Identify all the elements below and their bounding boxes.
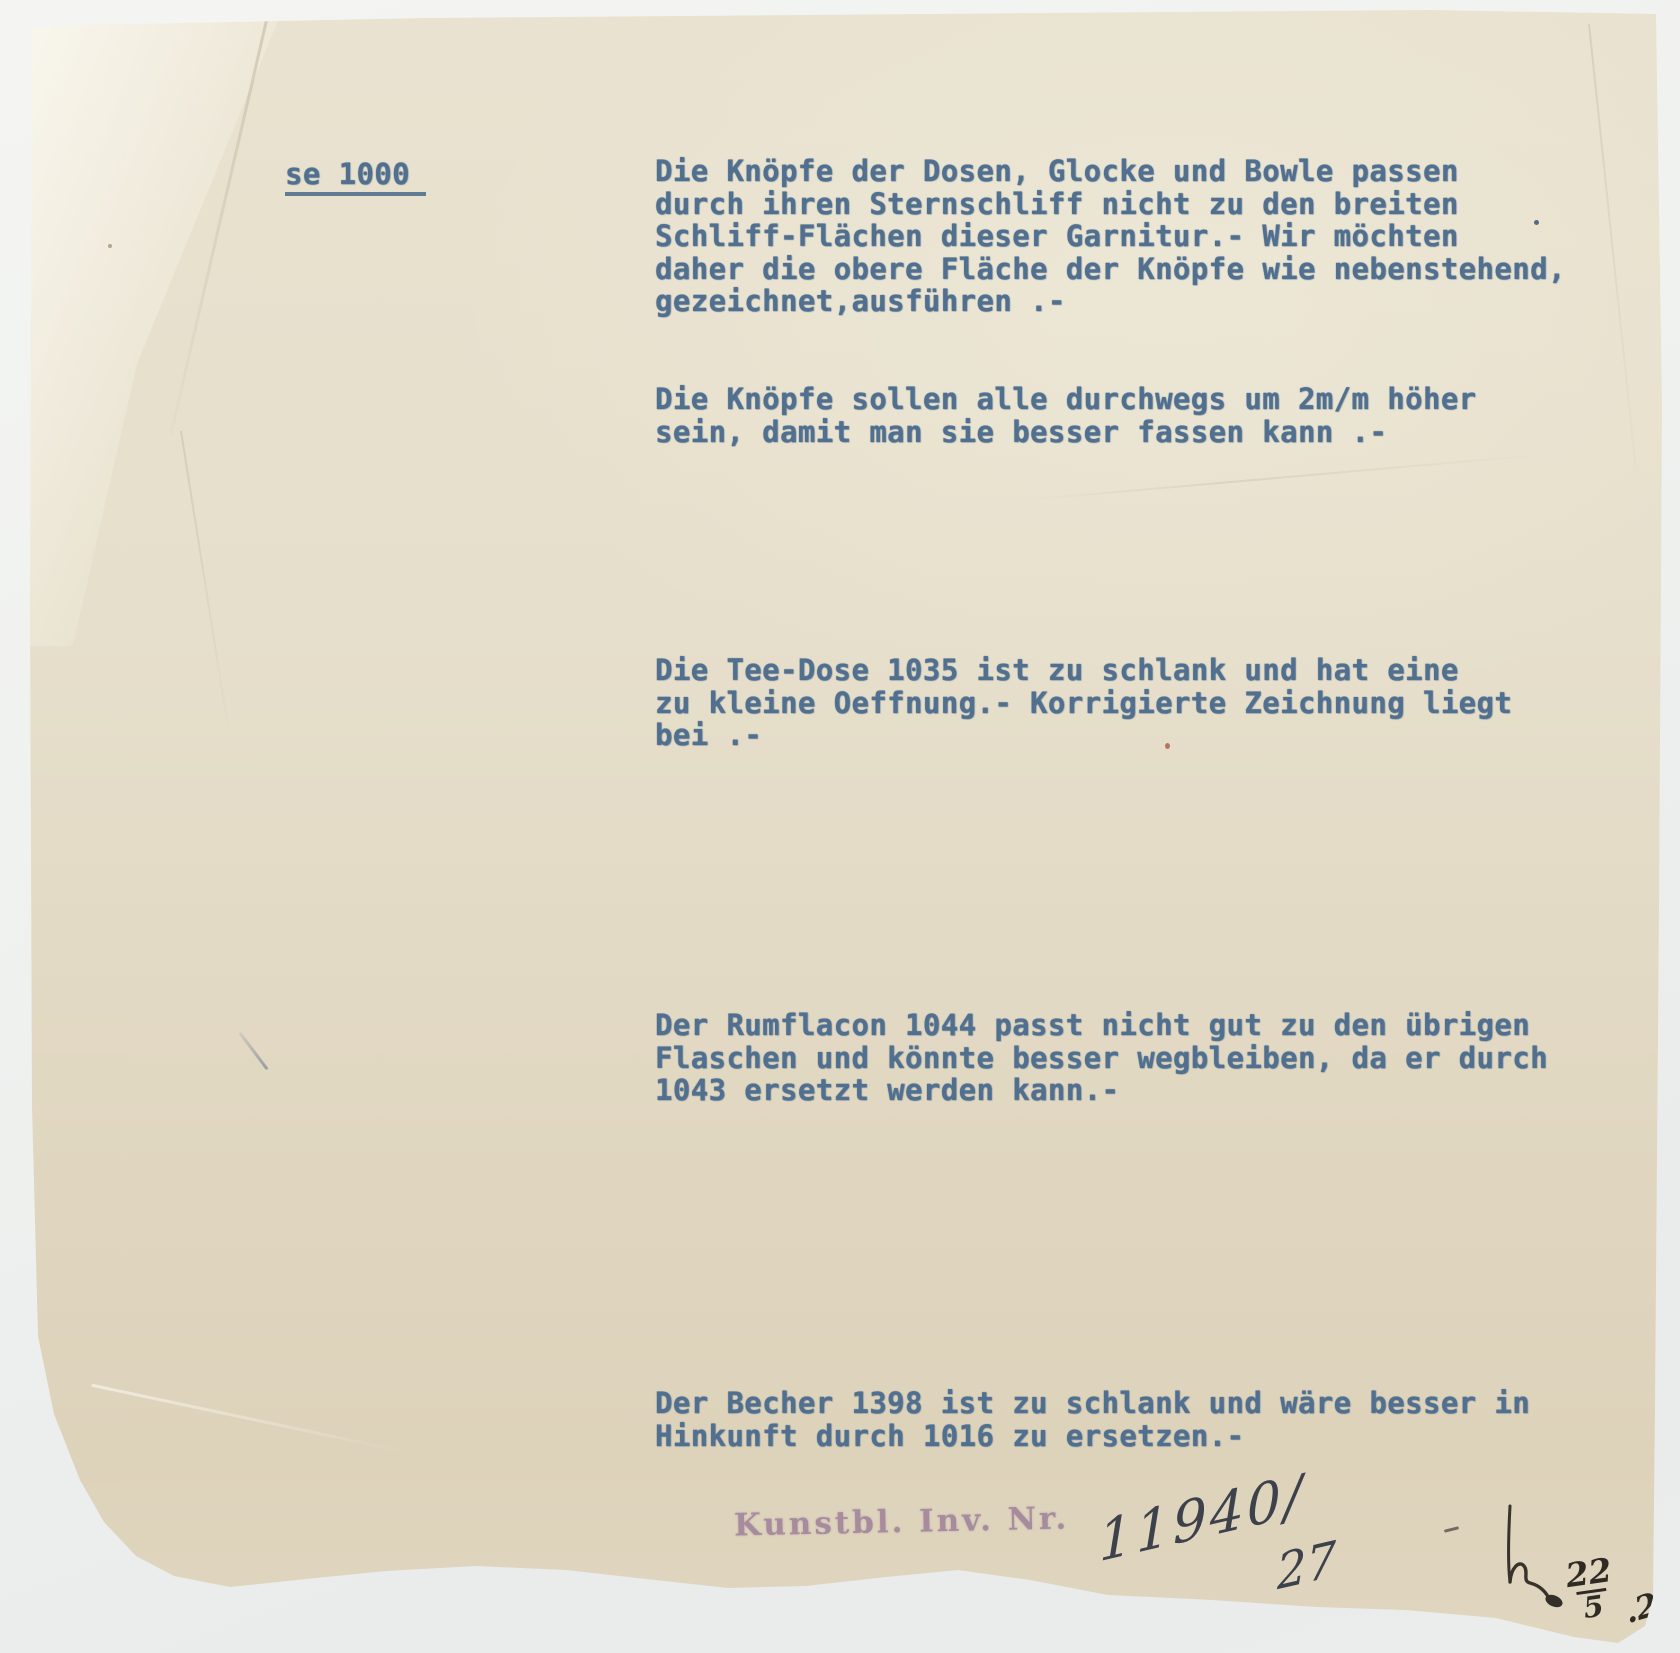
inventory-stamp: Kunstbl. Inv. Nr. xyxy=(734,1500,1070,1543)
paper-crease xyxy=(180,431,229,728)
pencil-stroke-mark xyxy=(238,1032,268,1071)
date-month: 5 xyxy=(1582,1593,1606,1622)
date-day: 22 xyxy=(1564,1555,1614,1591)
paper-sheet: se 1000 Die Knöpfe der Dosen, Glocke und… xyxy=(28,6,1664,1648)
paper-fold-topleft xyxy=(28,6,348,646)
paper-speck xyxy=(108,244,112,248)
inventory-number-handwritten: 11940/ xyxy=(1098,1462,1305,1575)
inventory-number-suffix-handwritten: 27 xyxy=(1276,1531,1337,1602)
paper-crease xyxy=(91,1384,414,1456)
paragraph-becher-1398: Der Becher 1398 ist zu schlank und wäre … xyxy=(655,1387,1530,1452)
paragraph-tea-tin-1035: Die Tee-Dose 1035 ist zu schlank und hat… xyxy=(655,654,1512,752)
paper-crease xyxy=(1588,24,1637,472)
reference-label: se 1000 xyxy=(285,158,426,196)
handwritten-date-fraction: 22 5 xyxy=(1564,1555,1618,1623)
paragraph-knob-height: Die Knöpfe sollen alle durchwegs um 2m/m… xyxy=(655,383,1477,448)
paper-crease xyxy=(1019,452,1557,501)
pen-dash-mark xyxy=(1444,1526,1459,1533)
handwritten-date-year: .23 xyxy=(1620,1579,1680,1631)
paragraph-knob-design: Die Knöpfe der Dosen, Glocke und Bowle p… xyxy=(655,155,1566,318)
paragraph-rum-flacon-1044: Der Rumflacon 1044 passt nicht gut zu de… xyxy=(655,1009,1548,1107)
scan-backdrop: se 1000 Die Knöpfe der Dosen, Glocke und… xyxy=(0,0,1680,1653)
signature-mark xyxy=(1480,1502,1572,1614)
